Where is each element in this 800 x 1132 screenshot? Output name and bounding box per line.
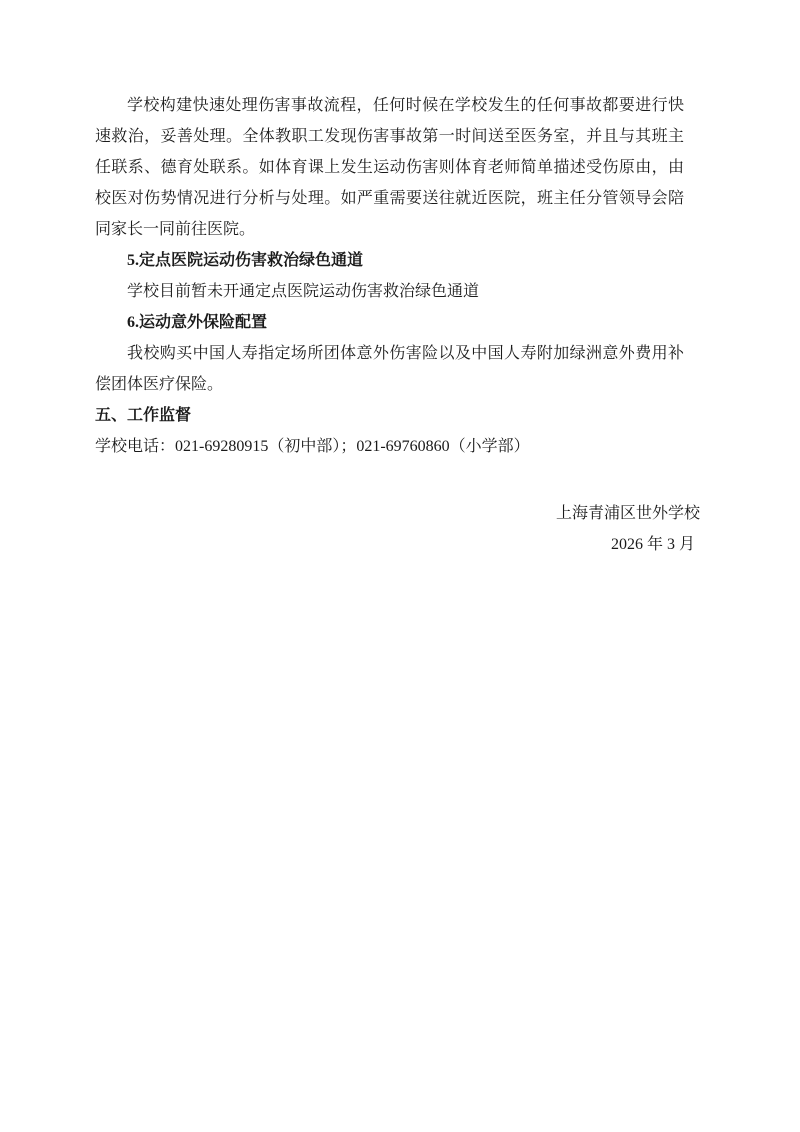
signature-block: 上海青浦区世外学校 2026 年 3 月 <box>95 498 700 560</box>
document-page: 学校构建快速处理伤害事故流程，任何时候在学校发生的任何事故都要进行快速救治，妥善… <box>0 0 800 1132</box>
signature-school-name: 上海青浦区世外学校 <box>95 498 700 529</box>
paragraph-green-channel: 学校目前暂未开通定点医院运动伤害救治绿色通道 <box>95 276 684 307</box>
paragraph-insurance: 我校购买中国人寿指定场所团体意外伤害险以及中国人寿附加绿洲意外费用补偿团体医疗保… <box>95 338 684 400</box>
paragraph-school-phone: 学校电话：021-69280915（初中部）；021-69760860（小学部） <box>95 431 684 462</box>
signature-date: 2026 年 3 月 <box>95 529 700 560</box>
heading-work-supervision: 五、工作监督 <box>95 400 684 431</box>
paragraph-emergency-process: 学校构建快速处理伤害事故流程，任何时候在学校发生的任何事故都要进行快速救治，妥善… <box>95 90 684 245</box>
heading-green-channel: 5.定点医院运动伤害救治绿色通道 <box>95 245 684 276</box>
heading-insurance: 6.运动意外保险配置 <box>95 307 684 338</box>
